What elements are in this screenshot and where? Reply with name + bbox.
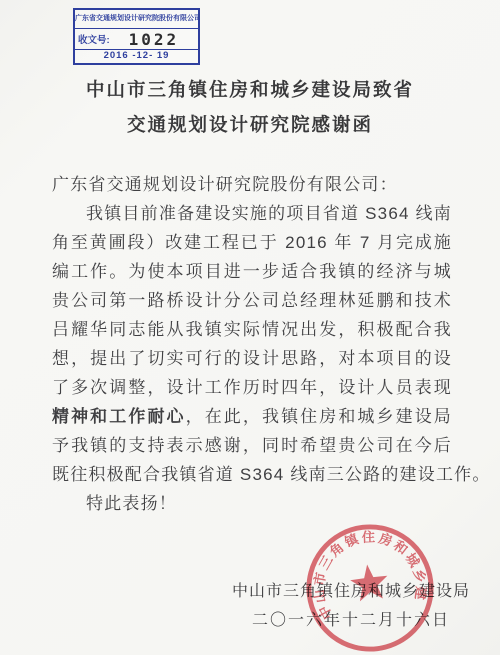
letter-text: 想，提出了切实可行的设计思路，对本项目的设计成果进行 (52, 349, 452, 373)
letter-line: 特此表扬！ (52, 489, 452, 518)
receipt-date-stamp: 2016 -12- 19 (75, 50, 198, 63)
letter-body: 广东省交通规划设计研究院股份有限公司：我镇目前准备建设实施的项目省道 S364 … (52, 170, 452, 518)
letter-text: 角至黄圃段）改建工程已于 2016 年 7 月完成施工图设计修 (52, 233, 452, 257)
letter-line: 吕耀华同志能从我镇实际情况出发，积极配合我镇提出的设 (52, 315, 452, 344)
letter-text-bold: 精神和工作耐心 (52, 407, 186, 426)
receipt-number-row: 收文号: 1022 (75, 29, 198, 50)
letter-line: 编工作。为使本项目进一步适合我镇的经济与城镇发展需要， (52, 257, 452, 286)
signature-block: 中山市三角镇住房和城乡建设局 二〇一六年十二月十六日 (232, 577, 470, 635)
letter-text: 广东省交通规划设计研究院股份有限公司： (52, 175, 398, 194)
receipt-number-value: 1022 (110, 30, 198, 49)
letter-line: 予我镇的支持表示感谢，同时希望贵公司在今后工作中一如 (52, 431, 452, 460)
receipt-number-label: 收文号: (75, 32, 110, 46)
receipt-stamp-box: 广东省交通规划设计研究院股份有限公司 收文号: 1022 2016 -12- 1… (73, 8, 200, 65)
receipt-stamp-company: 广东省交通规划设计研究院股份有限公司 (75, 10, 198, 29)
letter-text: 了多次调整，设计工作历时四年，设计人员表现出 (52, 378, 452, 402)
title-line-2: 交通规划设计研究院感谢函 (0, 107, 500, 142)
letter-text: 编工作。为使本项目进一步适合我镇的经济与城镇发展需要， (52, 262, 452, 286)
letter-text: 既往积极配合我镇省道 S364 线南三公路的建设工作。 (52, 465, 491, 484)
letter-line: 想，提出了切实可行的设计思路，对本项目的设计成果进行 (52, 344, 452, 373)
letter-text: 吕耀华同志能从我镇实际情况出发，积极配合我镇提出的设 (52, 320, 452, 344)
letter-line: 角至黄圃段）改建工程已于 2016 年 7 月完成施工图设计修 (52, 228, 452, 257)
title-line-1: 中山市三角镇住房和城乡建设局致省 (0, 72, 500, 107)
signature-agency: 中山市三角镇住房和城乡建设局 (232, 577, 470, 606)
letter-line: 精神和工作耐心，在此，我镇住房和城乡建设局对贵公司给 (52, 402, 452, 431)
letter-text: 贵公司第一路桥设计分公司总经理林延鹏和技术人员吕明、 (52, 291, 452, 315)
letter-line: 我镇目前准备建设实施的项目省道 S364 线南三公路(三 (52, 199, 452, 228)
letter-line: 贵公司第一路桥设计分公司总经理林延鹏和技术人员吕明、 (52, 286, 452, 315)
letter-text: 予我镇的支持表示感谢，同时希望贵公司在今后工作中一如 (52, 436, 452, 460)
signature-date: 二〇一六年十二月十六日 (232, 606, 470, 635)
document-title: 中山市三角镇住房和城乡建设局致省 交通规划设计研究院感谢函 (0, 72, 500, 142)
letter-text: 特此表扬！ (86, 494, 177, 513)
scanned-letter-page: 广东省交通规划设计研究院股份有限公司 收文号: 1022 2016 -12- 1… (0, 0, 500, 655)
letter-line: 既往积极配合我镇省道 S364 线南三公路的建设工作。 (52, 460, 452, 489)
letter-line: 广东省交通规划设计研究院股份有限公司： (52, 170, 452, 199)
letter-text: 我镇目前准备建设实施的项目省道 S364 线南三公路(三 (52, 204, 452, 228)
letter-line: 了多次调整，设计工作历时四年，设计人员表现出极强专业 (52, 373, 452, 402)
